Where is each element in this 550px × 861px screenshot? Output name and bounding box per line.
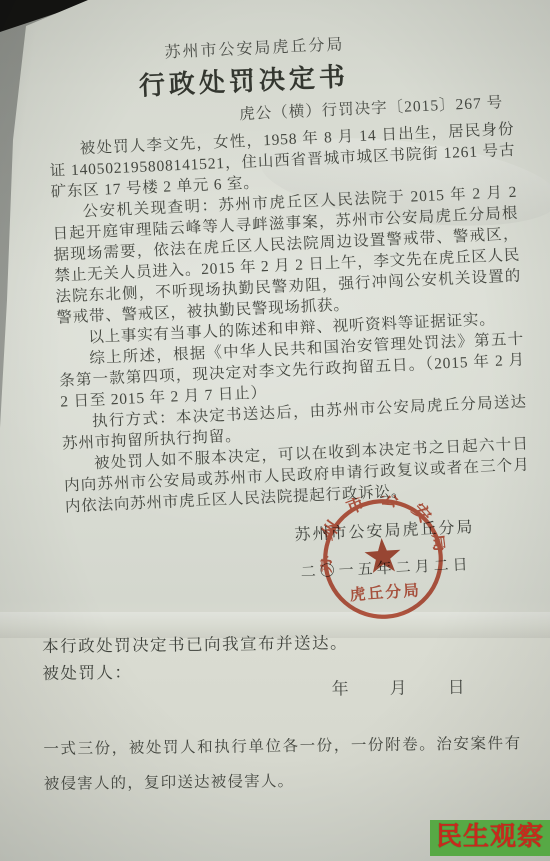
distribution-note: 一式三份，被处罚人和执行单位各一份，一份附卷。治安案件有被侵害人的，复印送达被侵… bbox=[43, 726, 522, 802]
official-seal: 苏州市公安局 虎丘分局 bbox=[316, 492, 450, 626]
watermark-badge: 民生观察 bbox=[430, 820, 550, 856]
seal-bottom-text: 虎丘分局 bbox=[349, 580, 421, 604]
ack-delivered-line: 本行政处罚决定书已向我宣布并送达。 bbox=[42, 630, 520, 658]
watermark-text: 民生观察 bbox=[436, 822, 544, 851]
body-paragraph: 公安机关现查明：苏州市虎丘区人民法院于 2015 年 2 月 2 日起开庭审理陆… bbox=[51, 182, 522, 329]
seal-star-icon bbox=[364, 537, 402, 574]
document-body: 被处罚人李文先，女性，1958 年 8 月 14 日出生，居民身份证 14050… bbox=[48, 119, 531, 518]
acknowledgment-block: 本行政处罚决定书已向我宣布并送达。 被处罚人： 年 月 日 一式三份，被处罚人和… bbox=[42, 630, 522, 802]
ack-date-blanks: 年 月 日 bbox=[331, 673, 476, 700]
document-photo: 苏州市公安局虎丘分局 行政处罚决定书 虎公（横）行罚决字〔2015〕267 号 … bbox=[0, 0, 550, 861]
